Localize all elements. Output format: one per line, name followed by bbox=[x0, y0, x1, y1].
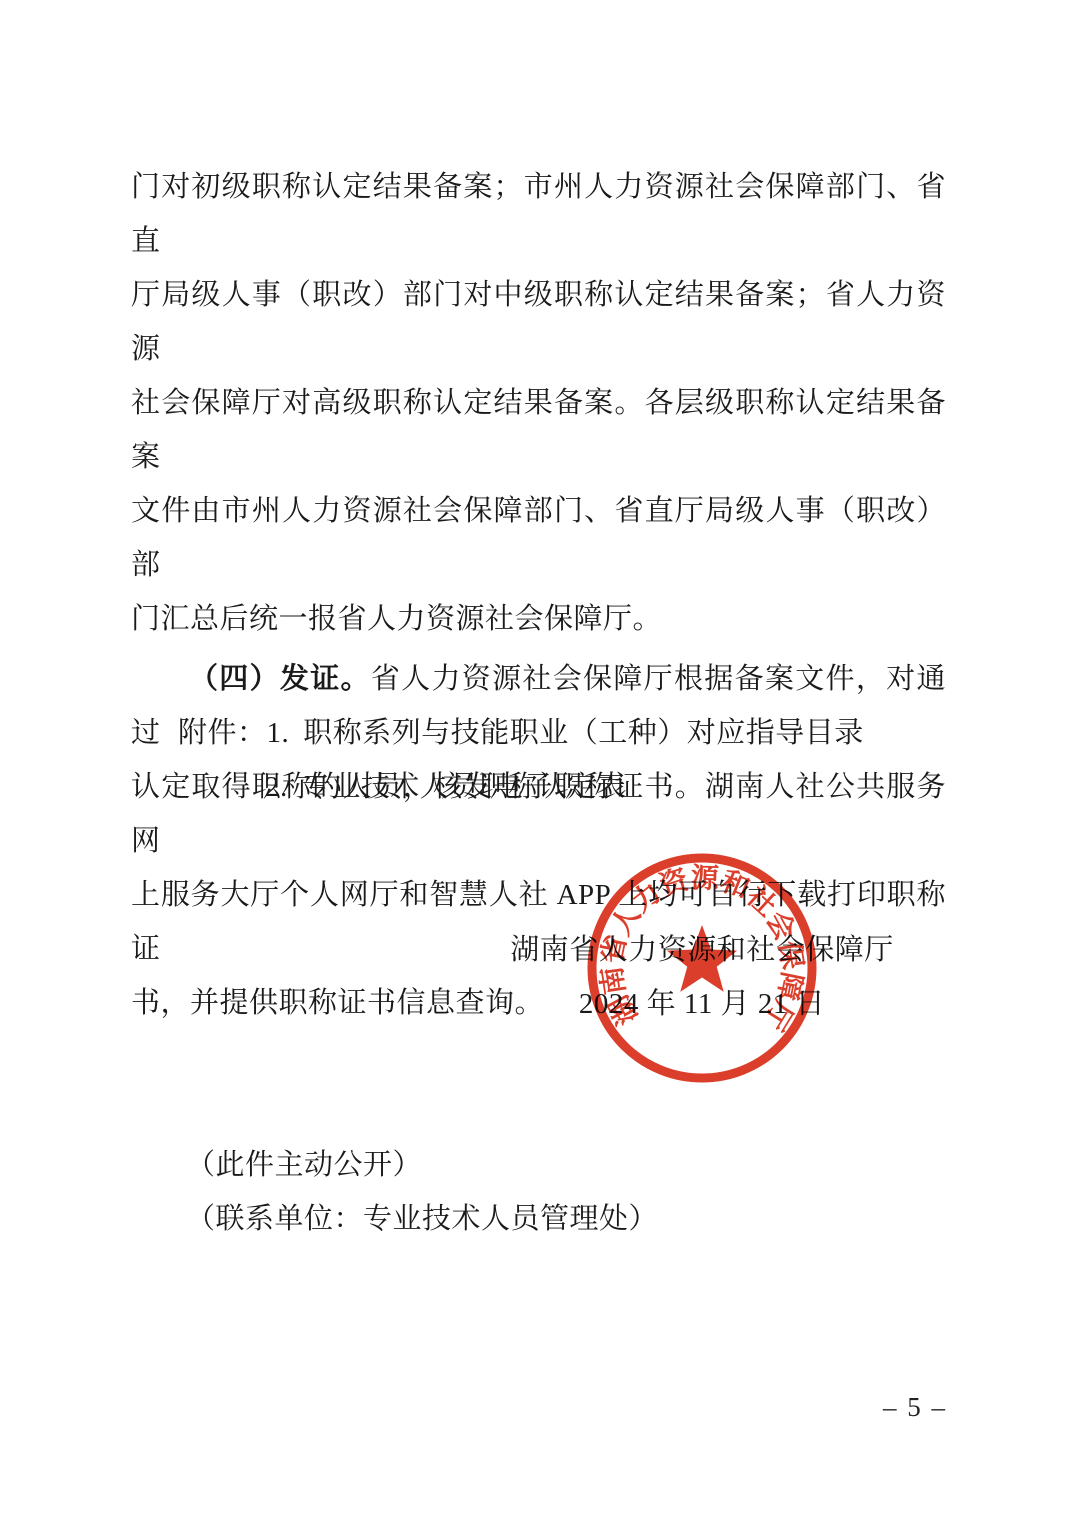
attachments-label: 附件： bbox=[178, 706, 267, 760]
paragraph-1: 门对初级职称认定结果备案；市州人力资源社会保障部门、省直 厅局级人事（职改）部门… bbox=[131, 160, 946, 646]
attachment-number: 2. bbox=[265, 760, 288, 814]
notes-block: （此件主动公开） （联系单位：专业技术人员管理处） bbox=[186, 1138, 658, 1246]
attachment-title: 专业技术人员职称认定表 bbox=[302, 760, 627, 814]
attachment-item: 2. 专业技术人员职称认定表 bbox=[178, 760, 864, 814]
body-line: 厅局级人事（职改）部门对中级职称认定结果备案；省人力资源 bbox=[131, 268, 946, 376]
attachment-title: 职称系列与技能职业（工种）对应指导目录 bbox=[303, 706, 864, 760]
body-line: 门汇总后统一报省人力资源社会保障厅。 bbox=[131, 592, 946, 646]
attachment-number: 1. bbox=[267, 706, 290, 760]
paragraph-lead: （四）发证。 bbox=[189, 663, 371, 695]
note-public: （此件主动公开） bbox=[186, 1138, 658, 1192]
note-contact: （联系单位：专业技术人员管理处） bbox=[186, 1192, 658, 1246]
attachment-item: 附件： 1. 职称系列与技能职业（工种）对应指导目录 bbox=[178, 706, 864, 760]
body-line: 社会保障厅对高级职称认定结果备案。各层级职称认定结果备案 bbox=[131, 376, 946, 484]
body-line: 文件由市州人力资源社会保障部门、省直厅局级人事（职改）部 bbox=[131, 484, 946, 592]
document-page: 门对初级职称认定结果备案；市州人力资源社会保障部门、省直 厅局级人事（职改）部门… bbox=[0, 0, 1080, 1527]
body-line: 门对初级职称认定结果备案；市州人力资源社会保障部门、省直 bbox=[131, 160, 946, 268]
official-seal: 湖南省人力资源和社会保障厅 bbox=[577, 843, 827, 1093]
seal-star-icon bbox=[667, 925, 737, 992]
page-number: – 5 – bbox=[855, 1390, 975, 1424]
attachments-block: 附件： 1. 职称系列与技能职业（工种）对应指导目录 2. 专业技术人员职称认定… bbox=[178, 706, 864, 814]
